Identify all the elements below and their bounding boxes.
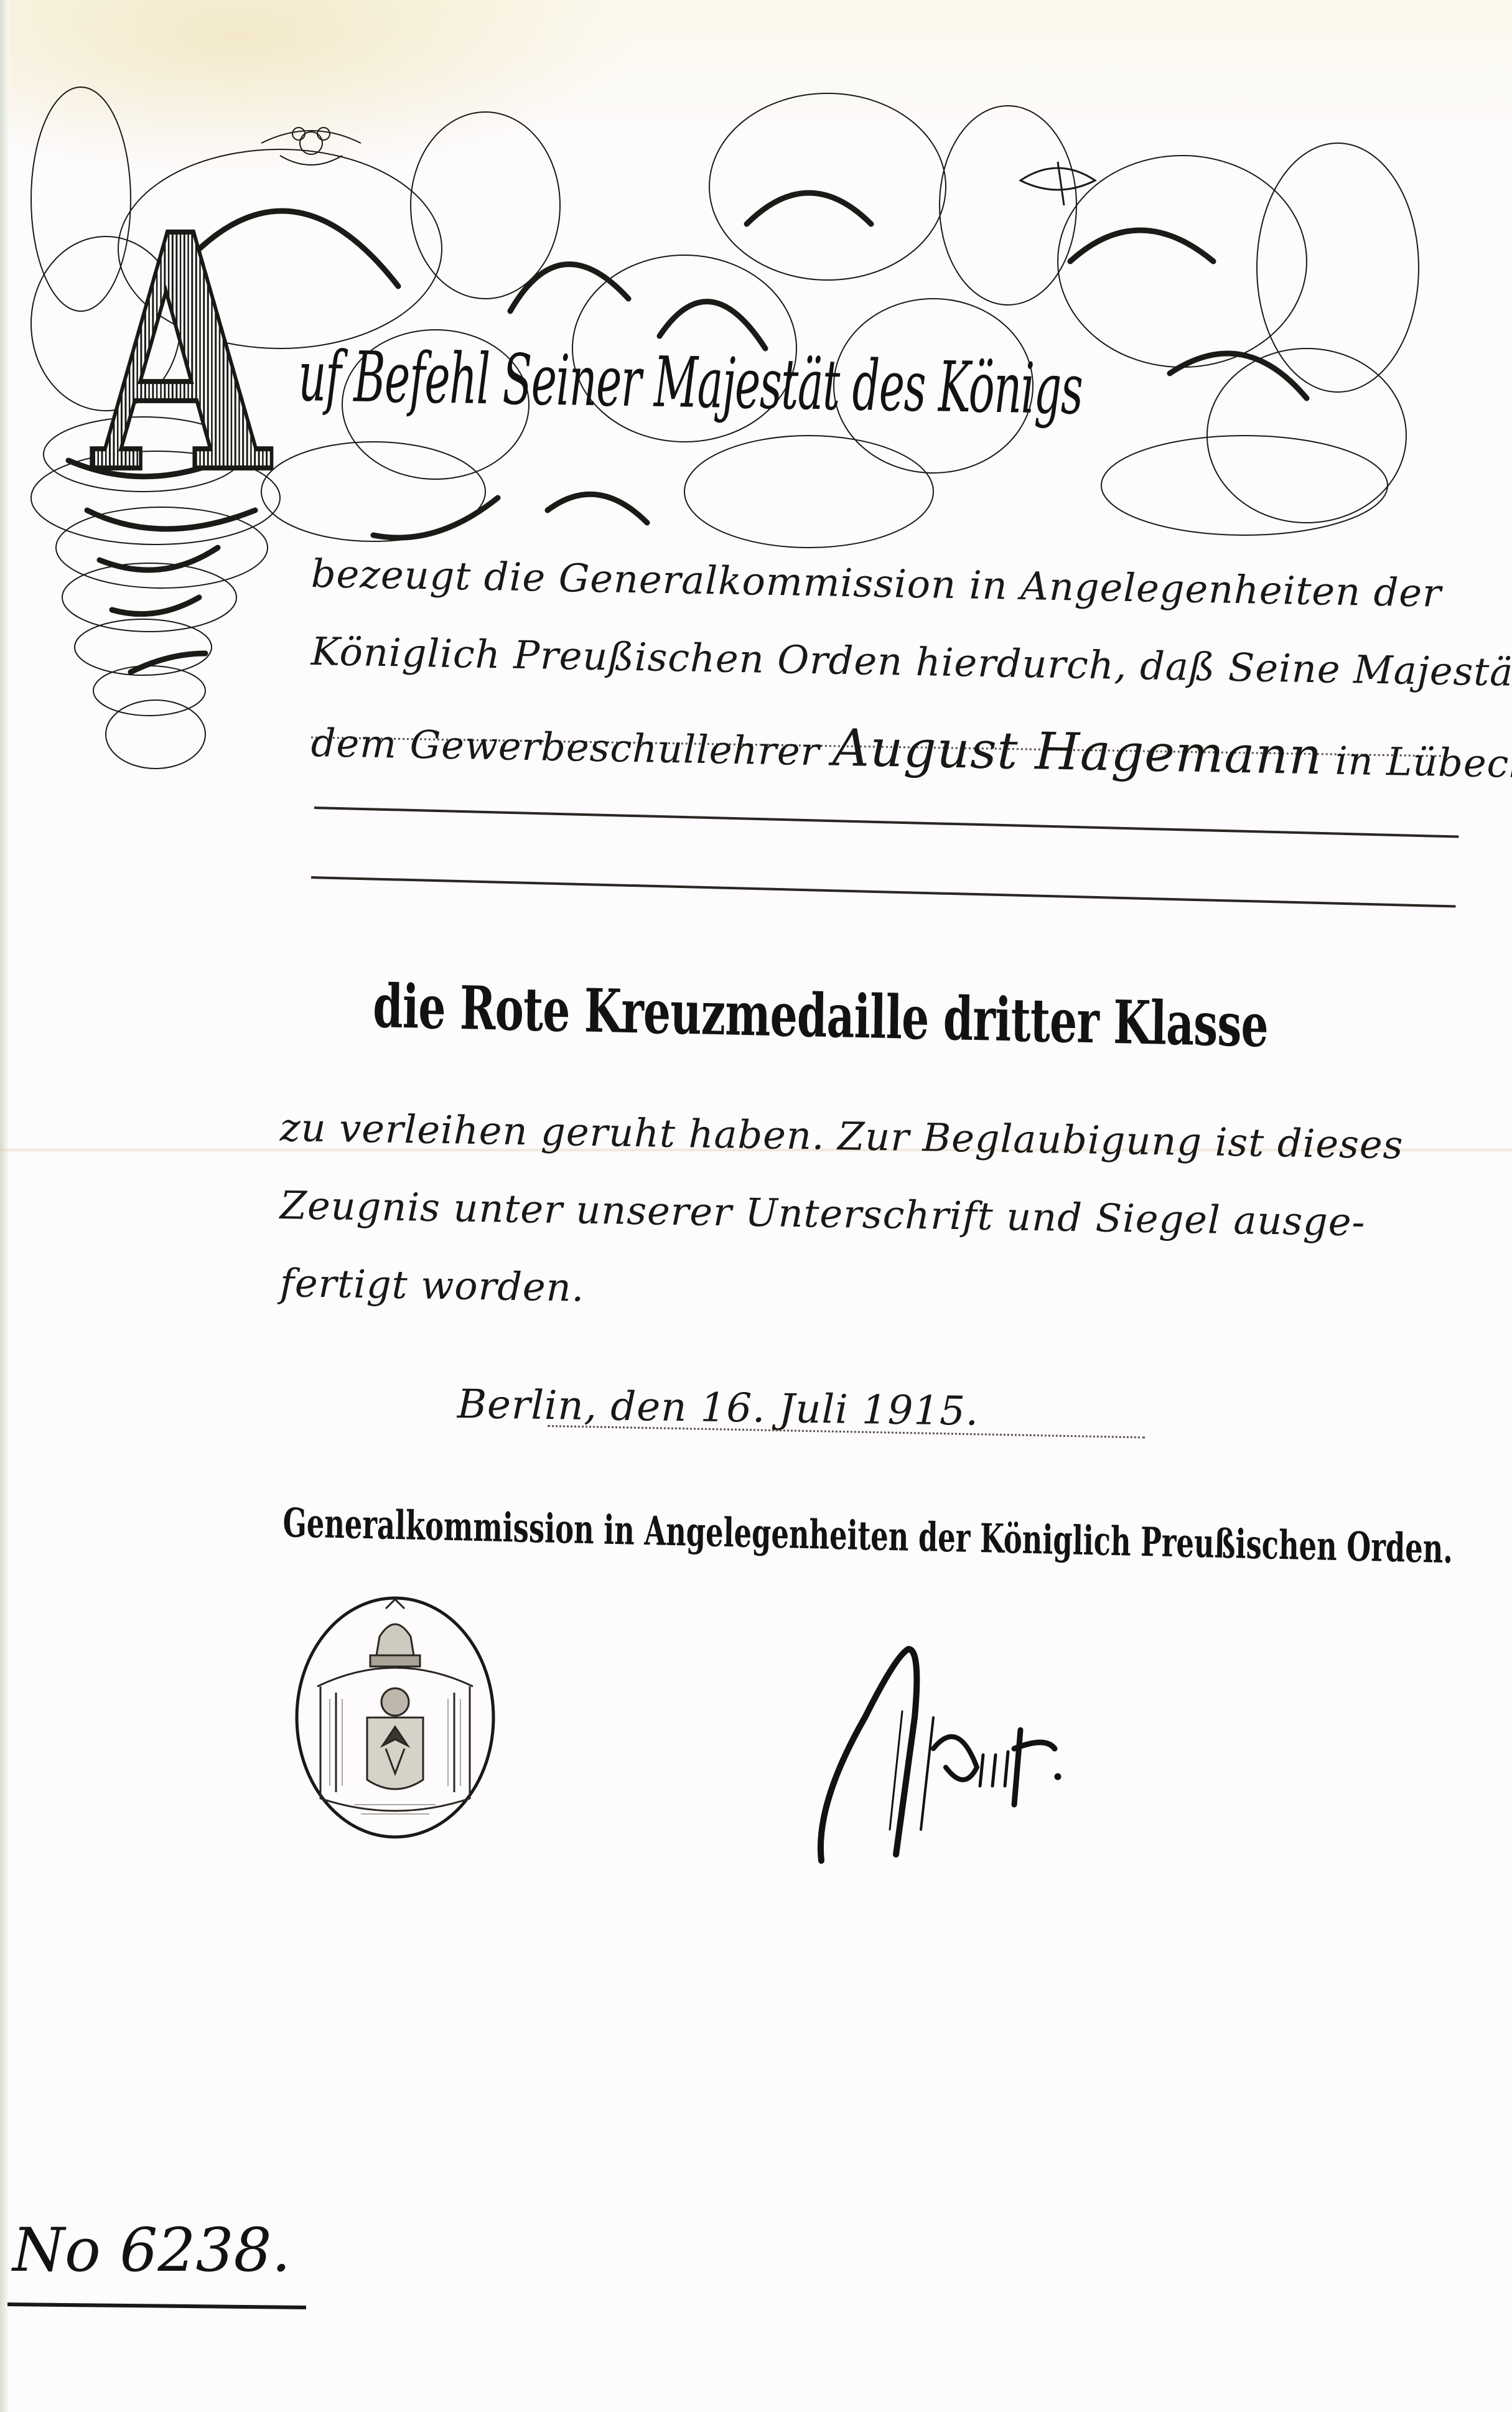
number-label: No (12, 2215, 101, 2285)
body-closing-line-3: fertigt worden. (279, 1260, 584, 1311)
signature-text: v. Kanitz (902, 1730, 905, 1731)
recipient-location: Lübeck (1386, 739, 1512, 787)
recipient-name: August Hagemann (832, 719, 1323, 787)
coat-of-arms-seal-icon (292, 1593, 498, 1842)
recipient-location-prefix: in (1335, 738, 1374, 784)
decorative-initial: A (93, 193, 269, 517)
rosette-ornament (261, 128, 361, 165)
recipient-title: dem Gewerbeschullehrer (310, 720, 820, 774)
place-and-date: Berlin, den 16. Juli 1915. (457, 1381, 979, 1435)
leaf-ornament (1020, 162, 1095, 205)
signature-kanitz (809, 1643, 1132, 1867)
document-number: No 6238. (12, 2215, 291, 2285)
heading-text: uf Befehl Seiner Majestät des Königs (298, 336, 1083, 430)
number-value: 6238. (119, 2215, 291, 2285)
